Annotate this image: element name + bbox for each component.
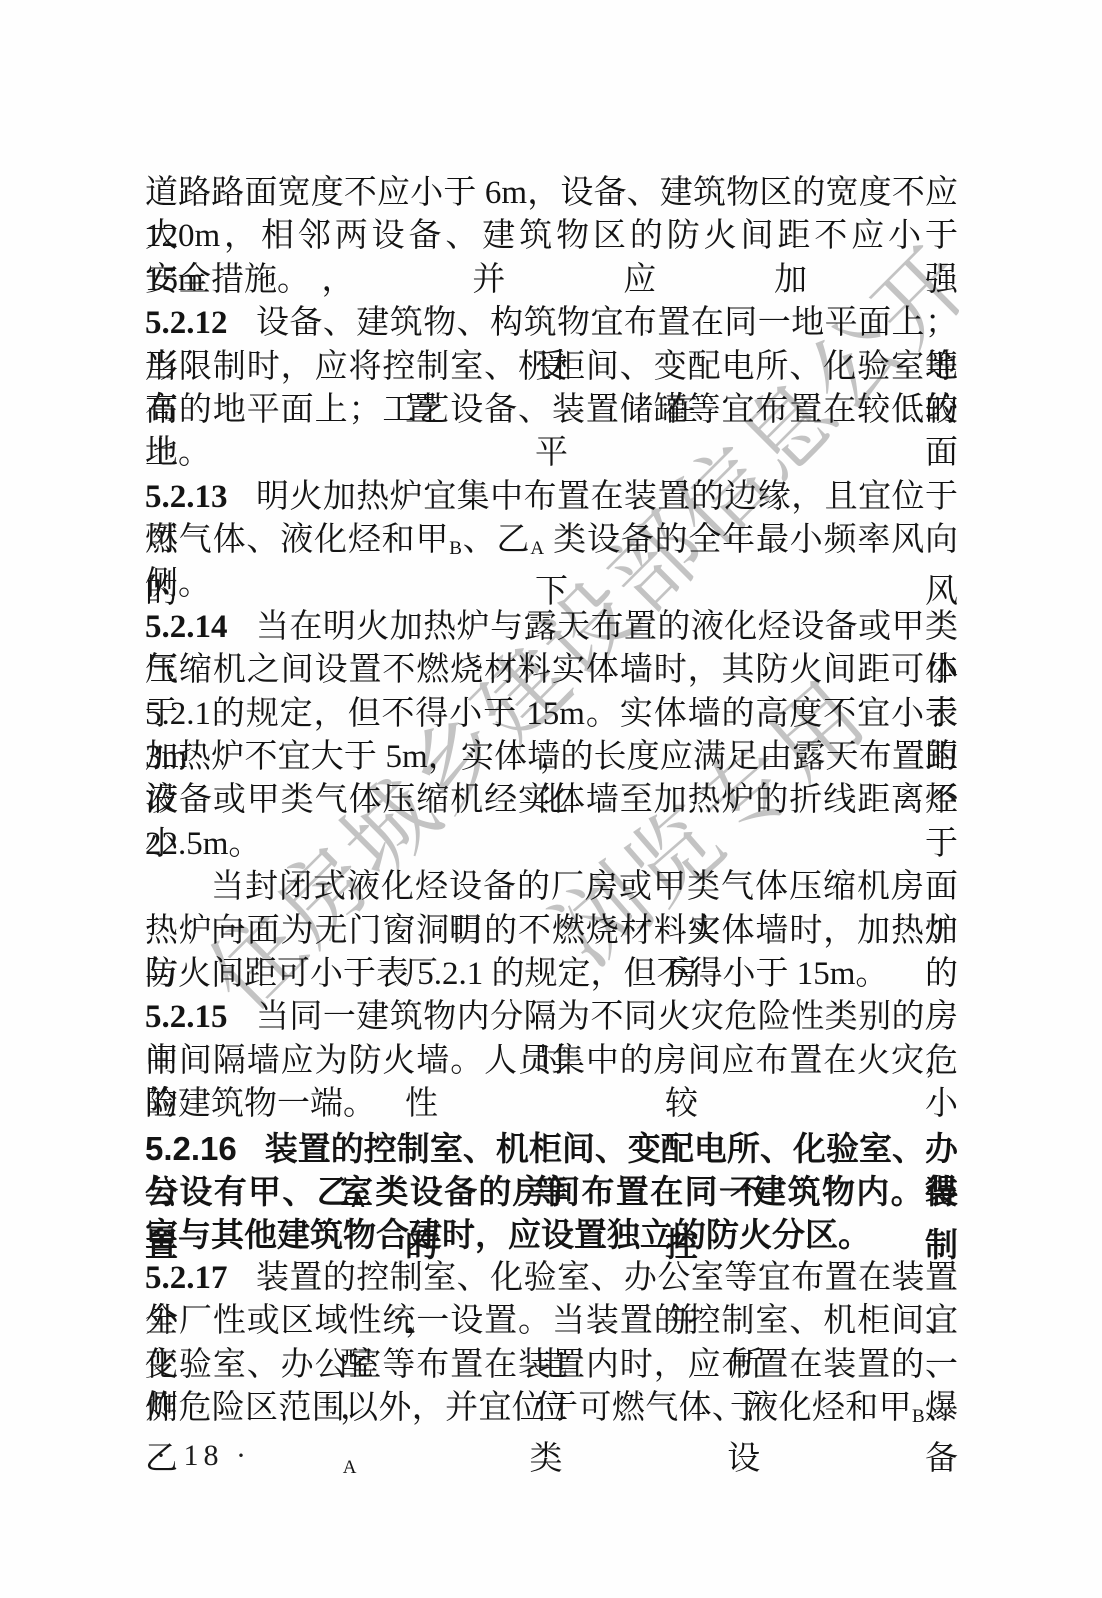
text-line: 中间隔墙应为防火墙。人员集中的房间应布置在火灾危险性较小 <box>145 1040 958 1083</box>
text-segment: 高的地平面上；工艺设备、装置储罐等宜布置在较低的地平面 <box>145 392 958 471</box>
clause-number: 5.2.12 <box>145 305 256 341</box>
subscript-letter: B <box>912 1406 925 1427</box>
text-line: 室与其他建筑物合建时，应设置独立的防火分区。 <box>145 1213 958 1256</box>
text-segment: 设备或甲类气体压缩机经实体墙至加热炉的折线距离不小于 <box>145 782 958 861</box>
text-line: 压缩机之间设置不燃烧材料实体墙时，其防火间距可小于表 <box>145 649 958 692</box>
text-segment: 侧。 <box>145 566 211 602</box>
text-segment: 安全措施。 <box>145 262 310 298</box>
text-line: 炸危险区范围以外，并宜位于可燃气体、液化烃和甲B、乙A 类设备 <box>145 1387 958 1430</box>
clause-line-5.2.13: 5.2.13明火加热炉宜集中布置在装置的边缘，且宜位于可 <box>145 476 958 519</box>
text-segment: 防火间距可小于表 5.2.1 的规定，但不得小于 15m。 <box>145 956 888 992</box>
clause-number: 5.2.16 <box>145 1130 265 1167</box>
text-segment: 、乙 <box>462 522 530 558</box>
clause-number: 5.2.15 <box>145 999 256 1035</box>
subscript-letter: A <box>343 1457 357 1478</box>
text-line: 化验室、办公室等布置在装置内时，应布置在装置的一侧，位于爆 <box>145 1344 958 1387</box>
text-line: 加热炉不宜大于 5m，实体墙的长度应满足由露天布置的液化烃 <box>145 736 958 779</box>
text-line: 道路路面宽度不应小于 6m，设备、建筑物区的宽度不应大于 <box>145 172 958 215</box>
document-page: 住房城乡建设部信息公开 浏览专用 道路路面宽度不应小于 6m，设备、建筑物区的宽… <box>0 0 1102 1598</box>
text-line: 形限制时，应将控制室、机柜间、变配电所、化验室等布置在较 <box>145 346 958 389</box>
subscript-letter: A <box>530 538 544 559</box>
text-line: 燃气体、液化烃和甲B、乙A 类设备的全年最小频率风向的下风 <box>145 519 958 562</box>
subscript-letter: A <box>351 1191 365 1212</box>
text-line: 设备或甲类气体压缩机经实体墙至加热炉的折线距离不小于 <box>145 779 958 822</box>
text-segment: 燃气体、液化烃和甲 <box>145 522 449 558</box>
clause-line-5.2.16: 5.2.16装置的控制室、机柜间、变配电所、化验室、办公室等不得 <box>145 1127 958 1170</box>
text-segment: 的建筑物一端。 <box>145 1086 376 1122</box>
text-line: 热炉一面为无门窗洞口的不燃烧材料实体墙时，加热炉与厂房的 <box>145 910 958 953</box>
text-line: 120m，相邻两设备、建筑物区的防火间距不应小于 15m，并应加强 <box>145 215 958 258</box>
text-line: 高的地平面上；工艺设备、装置储罐等宜布置在较低的地平面 <box>145 389 958 432</box>
text-segment: 类设备 <box>357 1441 959 1477</box>
text-line: 当封闭式液化烃设备的厂房或甲类气体压缩机房面向明火加 <box>145 866 958 909</box>
text-segment: 与设有甲、乙 <box>145 1173 351 1210</box>
text-line: 与设有甲、乙A 类设备的房间布置在同一建筑物内。装置的控制 <box>145 1170 958 1213</box>
text-block: 道路路面宽度不应小于 6m，设备、建筑物区的宽度不应大于120m，相邻两设备、建… <box>145 172 958 1430</box>
text-line: 全厂性或区域性统一设置。当装置的控制室、机柜间、变配电所、 <box>145 1300 958 1343</box>
clause-line-5.2.17: 5.2.17装置的控制室、化验室、办公室等宜布置在装置外，并宜 <box>145 1257 958 1300</box>
text-line: 防火间距可小于表 5.2.1 的规定，但不得小于 15m。 <box>145 953 958 996</box>
text-segment: 上。 <box>145 435 211 471</box>
text-segment: 炸危险区范围以外，并宜位于可燃气体、液化烃和甲 <box>145 1390 912 1426</box>
text-segment: 室与其他建筑物合建时，应设置独立的防火分区。 <box>145 1216 871 1253</box>
clause-line-5.2.15: 5.2.15当同一建筑物内分隔为不同火灾危险性类别的房间时， <box>145 996 958 1039</box>
clause-line-5.2.14: 5.2.14当在明火加热炉与露天布置的液化烃设备或甲类气体 <box>145 606 958 649</box>
clause-number: 5.2.17 <box>145 1260 256 1296</box>
clause-number: 5.2.14 <box>145 609 256 645</box>
subscript-letter: B <box>449 538 462 559</box>
page-number: · 18 · <box>156 1436 251 1476</box>
text-line: 5.2.1的规定，但不得小于 15m。实体墙的高度不宜小于 3m，距 <box>145 693 958 736</box>
text-segment: 22.5m。 <box>145 826 261 862</box>
clause-number: 5.2.13 <box>145 479 256 515</box>
clause-line-5.2.12: 5.2.12设备、建筑物、构筑物宜布置在同一地平面上；当受地 <box>145 302 958 345</box>
